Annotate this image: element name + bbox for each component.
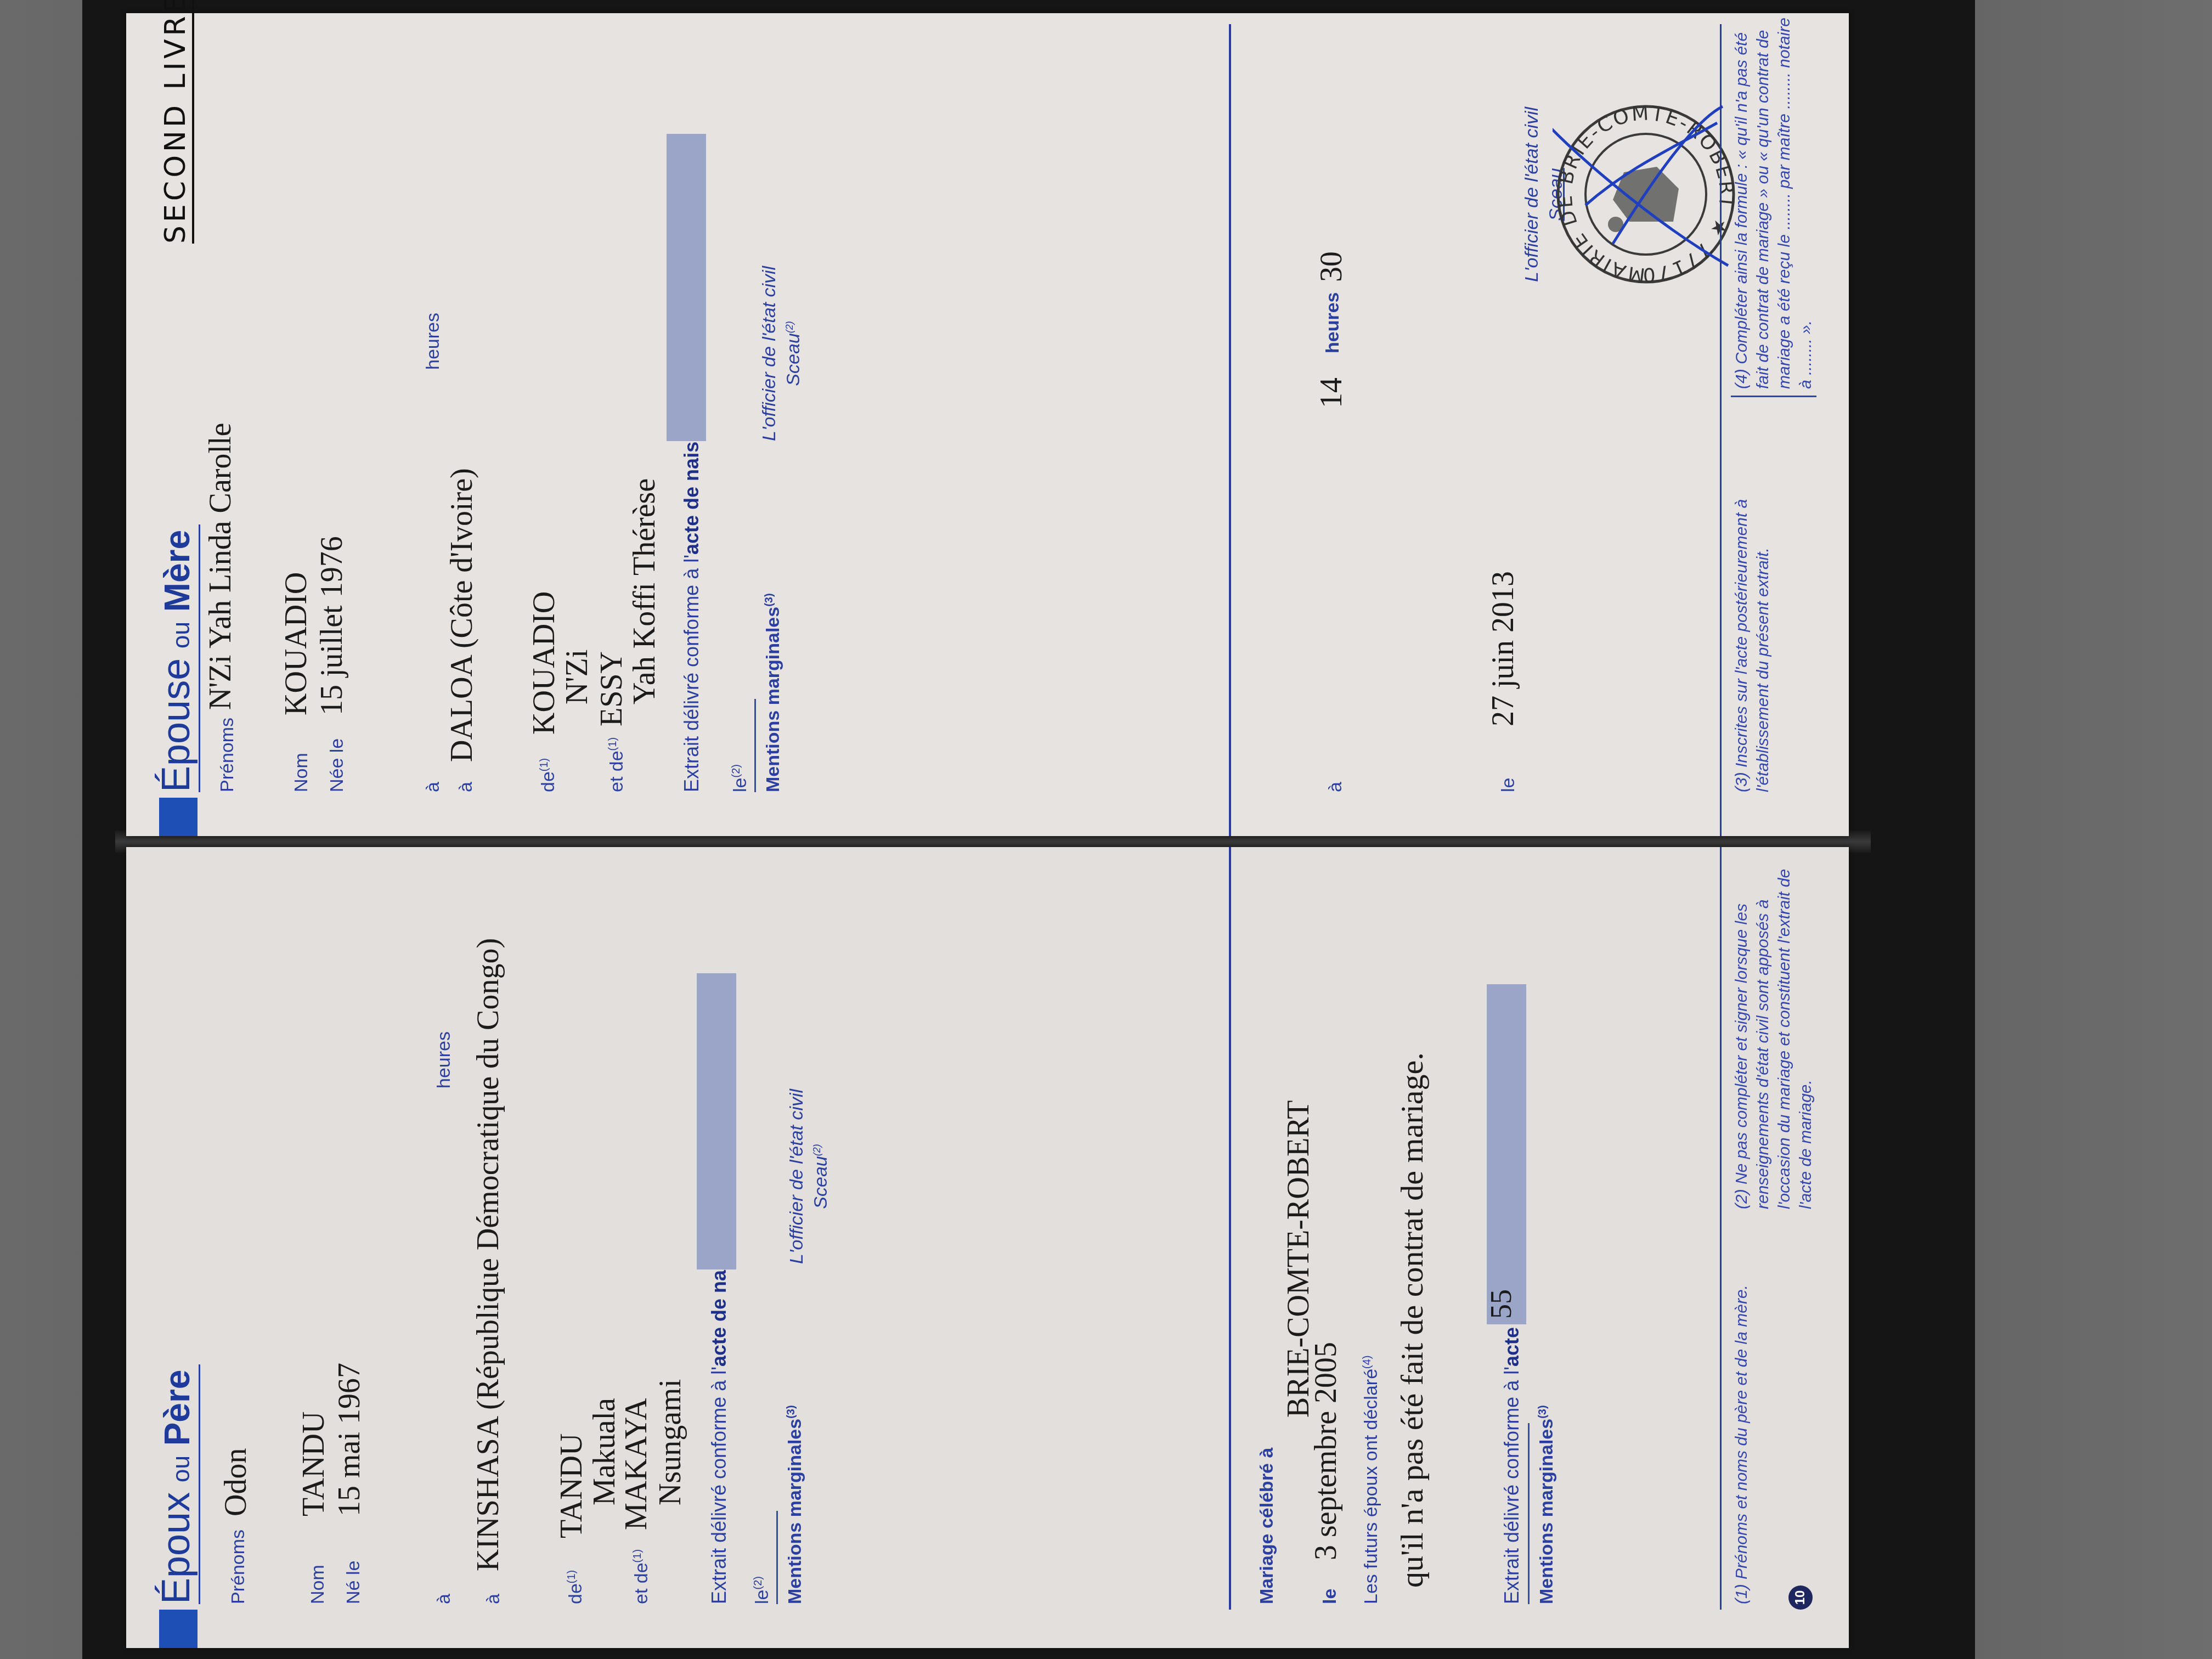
husband-date-naissance: 15 mai 1967	[332, 1363, 367, 1516]
husband-officer-signature-block: L'officier de l'état civil Sceau(2)	[785, 1089, 833, 1264]
label-de: de(1)	[565, 1570, 586, 1604]
marriage-section-divider	[1229, 847, 1231, 1610]
husband-mere-prenom: Nsungami	[653, 1379, 688, 1505]
husband-acte-naissance-field	[697, 973, 736, 1269]
marriage-acte-numero: 55	[1484, 1289, 1518, 1319]
footnote-3: (3) Inscrites sur l'acte postérieurement…	[1731, 452, 1774, 792]
footnote-divider	[1720, 24, 1722, 836]
marriage-section-divider	[1229, 24, 1231, 836]
wife-prenoms: N'Zi Yah Linda Carolle	[203, 423, 238, 710]
label-a-lieu: à	[455, 782, 477, 792]
wife-date-naissance: 15 juillet 1976	[314, 536, 349, 715]
label-et-de: et de(1)	[631, 1549, 652, 1604]
label-a-heures: à	[422, 782, 444, 792]
label-a-lieu: à	[483, 1594, 504, 1604]
footnote-divider	[1720, 847, 1722, 1610]
marriage-date: 3 septembre 2005	[1308, 1342, 1344, 1560]
label-a-heures: à	[433, 1594, 455, 1604]
open-booklet: Époux ou Père Prénoms Odon Nom TANDU Né …	[82, 0, 1959, 1659]
label-nom: Nom	[291, 753, 312, 792]
label-delivre-le: le	[1498, 778, 1519, 792]
footnote-4: (4) Compléter ainsi la formule : « qu'il…	[1731, 16, 1816, 397]
label-heures: heures	[433, 1031, 455, 1088]
section-title-wife: Épouse ou Mère	[154, 524, 200, 792]
husband-nom: TANDU	[296, 1412, 331, 1517]
wife-acte-naissance-field	[667, 134, 706, 441]
mairie-seal-stamp: MAIRIE DE BRIE-COMTE-ROBERT ★ 77170 ★	[1553, 101, 1739, 287]
page-husband: Époux ou Père Prénoms Odon Nom TANDU Né …	[126, 847, 1849, 1648]
page-wife: Épouse ou Mère SECOND LIVRET Prénoms N'Z…	[126, 13, 1849, 836]
wife-nom: KOUADIO	[279, 572, 314, 715]
husband-le-line	[776, 1511, 778, 1604]
marriage-heure: 14	[1314, 377, 1349, 408]
label-declaration: Les futurs époux ont déclaré(4)	[1361, 1355, 1382, 1604]
husband-mere-nom: MAKAYA	[619, 1398, 654, 1530]
marriage-delivre-le: 27 juin 2013	[1486, 571, 1521, 726]
footnote-2: (2) Ne pas compléter et signer lorsque l…	[1731, 858, 1816, 1209]
husband-pere-nom: TANDU	[554, 1434, 589, 1539]
label-ne-le: Né le	[343, 1561, 364, 1604]
label-mariage-celebre: Mariage célébré à	[1256, 1448, 1278, 1604]
label-de: de(1)	[538, 758, 559, 792]
marriage-declaration: qu'il n'a pas été fait de contrat de mar…	[1393, 1052, 1430, 1588]
label-prenoms: Prénoms	[228, 1530, 249, 1604]
header-color-block	[159, 798, 198, 836]
wife-pere-prenom: N'Zi	[560, 650, 595, 704]
wife-lieu-naissance: DALOA (Côte d'Ivoire)	[444, 468, 479, 762]
label-heures: heures	[422, 313, 444, 370]
marriage-minutes: 30	[1314, 251, 1349, 282]
marriage-mentions-line	[1528, 1423, 1530, 1604]
husband-mentions-marginales: Mentions marginales(3)	[785, 1405, 806, 1604]
wife-le-label: le(2)	[730, 764, 751, 792]
wife-mentions-marginales: Mentions marginales(3)	[763, 593, 784, 792]
husband-lieu-naissance: KINSHASA (République Démocratique du Con…	[471, 938, 506, 1571]
wife-mere-prenom: Yah Koffi Thérèse	[627, 478, 662, 704]
section-title-husband: Époux ou Père	[154, 1364, 200, 1604]
footnote-1: (1) Prénoms et noms du père et de la mèr…	[1731, 1264, 1752, 1604]
label-nee-le: Née le	[326, 738, 348, 792]
wife-pere-nom: KOUADIO	[527, 591, 562, 735]
label-prenoms: Prénoms	[217, 718, 238, 792]
label-marriage-heures: heures	[1322, 292, 1344, 354]
handwritten-second-livret: SECOND LIVRET	[159, 0, 194, 244]
label-nom: Nom	[307, 1565, 329, 1604]
label-et-de: et de(1)	[606, 737, 628, 792]
label-marriage-le: le	[1319, 1589, 1341, 1604]
marriage-acte-field	[1487, 984, 1526, 1324]
label-marriage-a: à	[1325, 782, 1346, 792]
wife-officer-signature-block: L'officier de l'état civil Sceau(2)	[757, 266, 805, 441]
husband-pere-prenom: Makuala	[587, 1398, 622, 1505]
page-number-badge: 10	[1788, 1585, 1813, 1610]
wife-mere-nom: ESSY	[594, 651, 629, 726]
husband-le-label: le(2)	[752, 1576, 773, 1604]
marriage-mentions-marginales: Mentions marginales(3)	[1536, 1405, 1558, 1604]
husband-prenoms: Odon	[218, 1448, 253, 1516]
header-color-block	[159, 1610, 198, 1648]
wife-le-line	[754, 699, 756, 792]
